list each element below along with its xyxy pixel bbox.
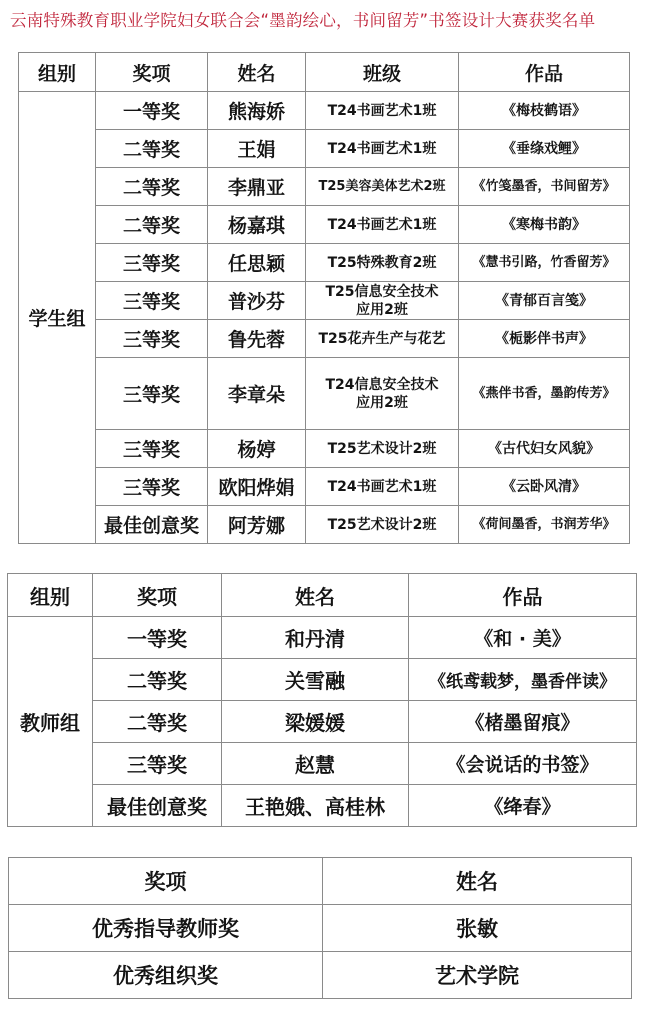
header-award: 奖项 [96, 53, 208, 92]
class-cell: T24信息安全技术应用2班 [306, 358, 459, 430]
work-cell: 《楮墨留痕》 [409, 701, 637, 743]
class-cell: T24书画艺术1班 [306, 92, 459, 130]
name-cell: 熊海娇 [208, 92, 306, 130]
name-cell: 李鼎亚 [208, 168, 306, 206]
header-class: 班级 [306, 53, 459, 92]
table-row: 三等奖 李章朵 T24信息安全技术应用2班 《燕伴书香，墨韵传芳》 [19, 358, 630, 430]
header-work: 作品 [459, 53, 630, 92]
class-cell: T25花卉生产与花艺 [306, 320, 459, 358]
table-row: 三等奖 欧阳烨娟 T24书画艺术1班 《云卧风清》 [19, 468, 630, 506]
class-cell: T24书画艺术1班 [306, 130, 459, 168]
award-cell: 三等奖 [96, 358, 208, 430]
header-award: 奖项 [9, 858, 323, 905]
work-cell: 《荷间墨香，书润芳华》 [459, 506, 630, 544]
page-title: 云南特殊教育职业学院妇女联合会“墨韵绘心，书间留芳”书签设计大赛获奖名单 [10, 8, 650, 34]
work-cell: 《会说话的书签》 [409, 743, 637, 785]
award-cell: 最佳创意奖 [93, 785, 222, 827]
special-award-table: 奖项 姓名 优秀指导教师奖 张敏 优秀组织奖 艺术学院 [8, 857, 632, 999]
work-cell: 《青郁百言笺》 [459, 282, 630, 320]
class-cell: T25特殊教育2班 [306, 244, 459, 282]
class-cell: T24书画艺术1班 [306, 206, 459, 244]
table-row: 三等奖 任思颖 T25特殊教育2班 《慧书引路，竹香留芳》 [19, 244, 630, 282]
table-row: 最佳创意奖 阿芳娜 T25艺术设计2班 《荷间墨香，书润芳华》 [19, 506, 630, 544]
header-name: 姓名 [323, 858, 632, 905]
header-name: 姓名 [208, 53, 306, 92]
work-cell: 《云卧风清》 [459, 468, 630, 506]
student-award-table: 组别 奖项 姓名 班级 作品 学生组 一等奖 熊海娇 T24书画艺术1班 《梅枝… [18, 52, 630, 544]
table-row: 学生组 一等奖 熊海娇 T24书画艺术1班 《梅枝鹤语》 [19, 92, 630, 130]
work-cell: 《寒梅书韵》 [459, 206, 630, 244]
table-row: 二等奖 梁媛媛 《楮墨留痕》 [8, 701, 637, 743]
work-cell: 《绛春》 [409, 785, 637, 827]
award-cell: 三等奖 [96, 430, 208, 468]
name-cell: 梁媛媛 [222, 701, 409, 743]
class-cell: T25艺术设计2班 [306, 506, 459, 544]
group-cell: 教师组 [8, 617, 93, 827]
name-cell: 任思颖 [208, 244, 306, 282]
table-header-row: 组别 奖项 姓名 班级 作品 [19, 53, 630, 92]
name-cell: 王娟 [208, 130, 306, 168]
award-cell: 最佳创意奖 [96, 506, 208, 544]
class-cell: T24书画艺术1班 [306, 468, 459, 506]
award-cell: 一等奖 [93, 617, 222, 659]
award-cell: 三等奖 [96, 282, 208, 320]
name-cell: 关雪融 [222, 659, 409, 701]
header-group: 组别 [8, 574, 93, 617]
award-cell: 二等奖 [96, 168, 208, 206]
work-cell: 《纸鸢载梦，墨香伴读》 [409, 659, 637, 701]
award-cell: 三等奖 [93, 743, 222, 785]
name-cell: 杨婷 [208, 430, 306, 468]
table-row: 二等奖 杨嘉琪 T24书画艺术1班 《寒梅书韵》 [19, 206, 630, 244]
table-row: 优秀指导教师奖 张敏 [9, 905, 632, 952]
name-cell: 普沙芬 [208, 282, 306, 320]
table-header-row: 奖项 姓名 [9, 858, 632, 905]
name-cell: 和丹清 [222, 617, 409, 659]
name-cell: 欧阳烨娟 [208, 468, 306, 506]
table-row: 二等奖 关雪融 《纸鸢载梦，墨香伴读》 [8, 659, 637, 701]
award-cell: 三等奖 [96, 244, 208, 282]
class-cell: T25信息安全技术应用2班 [306, 282, 459, 320]
name-cell: 李章朵 [208, 358, 306, 430]
class-cell: T25美容美体艺术2班 [306, 168, 459, 206]
table-row: 最佳创意奖 王艳娥、高桂林 《绛春》 [8, 785, 637, 827]
award-cell: 三等奖 [96, 468, 208, 506]
header-award: 奖项 [93, 574, 222, 617]
name-cell: 王艳娥、高桂林 [222, 785, 409, 827]
table-row: 三等奖 鲁先蓉 T25花卉生产与花艺 《栀影伴书声》 [19, 320, 630, 358]
table-row: 三等奖 赵慧 《会说话的书签》 [8, 743, 637, 785]
name-cell: 张敏 [323, 905, 632, 952]
name-cell: 鲁先蓉 [208, 320, 306, 358]
table-row: 二等奖 李鼎亚 T25美容美体艺术2班 《竹笺墨香，书间留芳》 [19, 168, 630, 206]
table-row: 三等奖 杨婷 T25艺术设计2班 《古代妇女风貌》 [19, 430, 630, 468]
table-row: 三等奖 普沙芬 T25信息安全技术应用2班 《青郁百言笺》 [19, 282, 630, 320]
work-cell: 《栀影伴书声》 [459, 320, 630, 358]
award-cell: 二等奖 [93, 701, 222, 743]
name-cell: 阿芳娜 [208, 506, 306, 544]
award-cell: 优秀组织奖 [9, 952, 323, 999]
award-cell: 优秀指导教师奖 [9, 905, 323, 952]
work-cell: 《燕伴书香，墨韵传芳》 [459, 358, 630, 430]
table-row: 教师组 一等奖 和丹清 《和 · 美》 [8, 617, 637, 659]
table-row: 优秀组织奖 艺术学院 [9, 952, 632, 999]
table-header-row: 组别 奖项 姓名 作品 [8, 574, 637, 617]
header-work: 作品 [409, 574, 637, 617]
class-cell: T25艺术设计2班 [306, 430, 459, 468]
group-cell: 学生组 [19, 92, 96, 544]
work-cell: 《梅枝鹤语》 [459, 92, 630, 130]
award-cell: 二等奖 [96, 206, 208, 244]
award-cell: 一等奖 [96, 92, 208, 130]
work-cell: 《慧书引路，竹香留芳》 [459, 244, 630, 282]
teacher-award-table: 组别 奖项 姓名 作品 教师组 一等奖 和丹清 《和 · 美》 二等奖 关雪融 … [7, 573, 637, 827]
name-cell: 艺术学院 [323, 952, 632, 999]
table-row: 二等奖 王娟 T24书画艺术1班 《垂绦戏鲤》 [19, 130, 630, 168]
award-cell: 三等奖 [96, 320, 208, 358]
award-cell: 二等奖 [96, 130, 208, 168]
header-group: 组别 [19, 53, 96, 92]
work-cell: 《和 · 美》 [409, 617, 637, 659]
work-cell: 《垂绦戏鲤》 [459, 130, 630, 168]
work-cell: 《古代妇女风貌》 [459, 430, 630, 468]
name-cell: 赵慧 [222, 743, 409, 785]
work-cell: 《竹笺墨香，书间留芳》 [459, 168, 630, 206]
award-cell: 二等奖 [93, 659, 222, 701]
name-cell: 杨嘉琪 [208, 206, 306, 244]
header-name: 姓名 [222, 574, 409, 617]
